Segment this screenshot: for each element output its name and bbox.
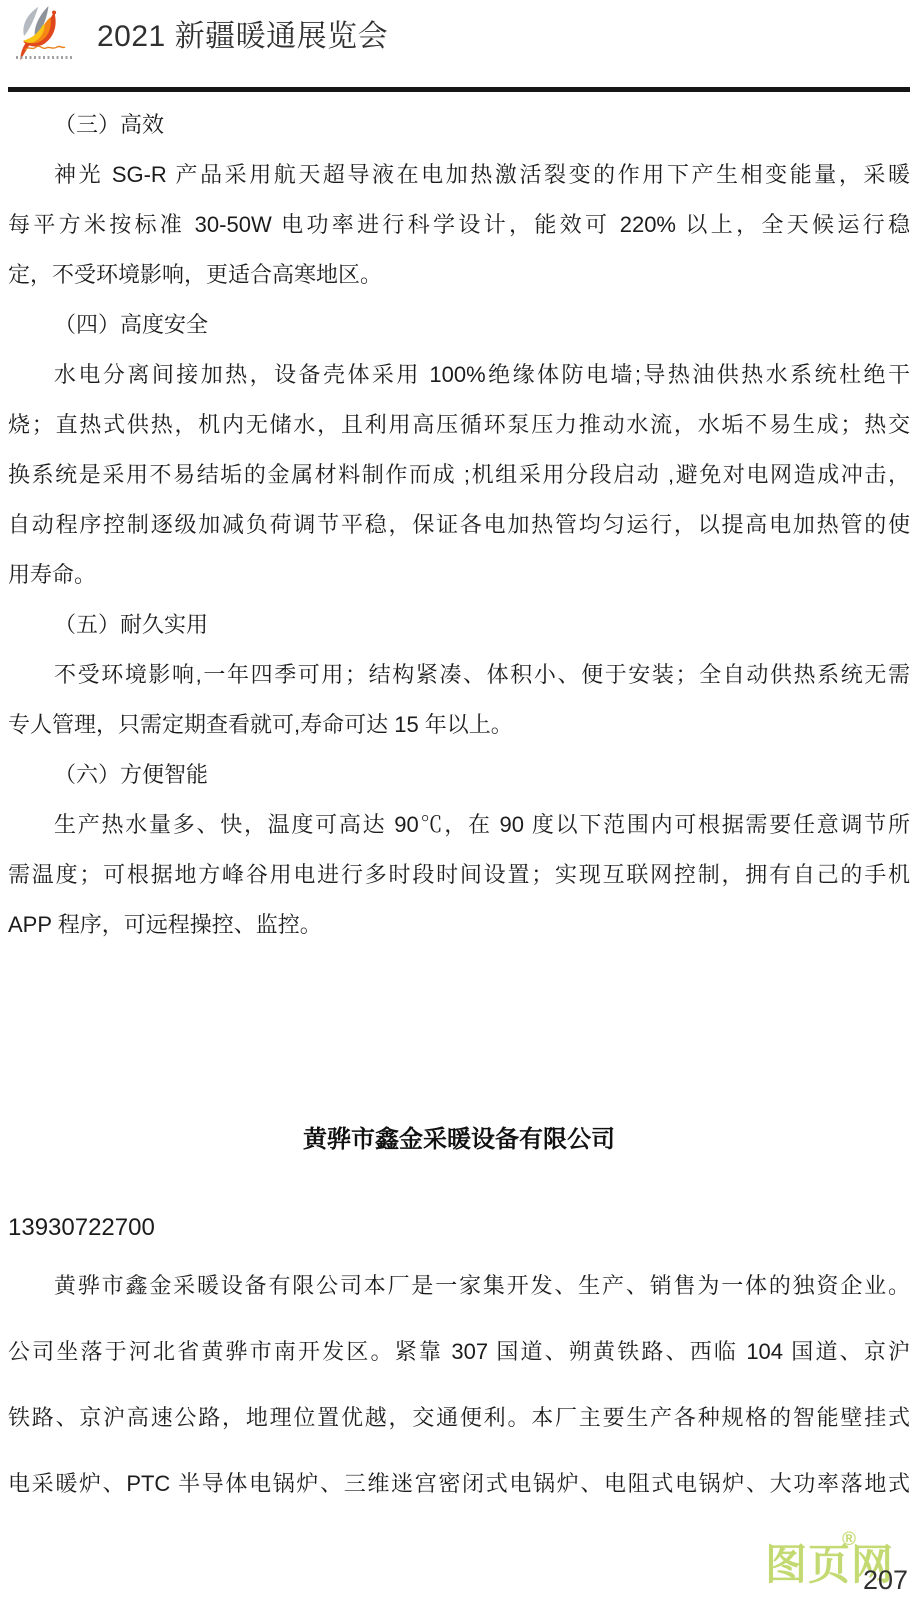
section-heading: （三）高效: [8, 100, 910, 150]
paragraph-line: 水电分离间接加热，设备壳体采用 100%绝缘体防电墙;导热油供热水系统杜绝干: [8, 350, 910, 400]
registered-trademark-icon: ®: [842, 1530, 856, 1549]
paragraph-line: APP 程序，可远程操控、监控。: [8, 900, 910, 950]
paragraph-line: 需温度；可根据地方峰谷用电进行多时段时间设置；实现互联网控制，拥有自己的手机: [8, 850, 910, 900]
paragraph-line: 每平方米按标准 30-50W 电功率进行科学设计，能效可 220% 以上，全天候…: [8, 200, 910, 250]
company-phone: 13930722700: [8, 1203, 910, 1253]
paragraph-line: 神光 SG-R 产品采用航天超导液在电加热激活裂变的作用下产生相变能量，采暖: [8, 150, 910, 200]
logo-script-decoration: [24, 44, 66, 52]
paragraph-line: 自动程序控制逐级加减负荷调节平稳，保证各电加热管均匀运行，以提高电加热管的使: [8, 500, 910, 550]
company-name-heading: 黄骅市鑫金采暖设备有限公司: [8, 1115, 910, 1165]
section-heading: （四）高度安全: [8, 300, 910, 350]
paragraph-line: 黄骅市鑫金采暖设备有限公司本厂是一家集开发、生产、销售为一体的独资企业。: [8, 1253, 910, 1319]
paragraph-line: 不受环境影响,一年四季可用；结构紧凑、体积小、便于安装；全自动供热系统无需: [8, 650, 910, 700]
paragraph-line: 铁路、京沪高速公路，地理位置优越，交通便利。本厂主要生产各种规格的智能壁挂式: [8, 1385, 910, 1451]
section-heading: （六）方便智能: [8, 750, 910, 800]
paragraph-line: 定，不受环境影响，更适合高寒地区。: [8, 250, 910, 300]
paragraph-line: 电采暖炉、PTC 半导体电锅炉、三维迷宫密闭式电锅炉、电阻式电锅炉、大功率落地式: [8, 1451, 910, 1517]
paragraph-line: 烧；直热式供热，机内无储水，且利用高压循环泵压力推动水流，水垢不易生成；热交: [8, 400, 910, 450]
document-body: （三）高效神光 SG-R 产品采用航天超导液在电加热激活裂变的作用下产生相变能量…: [8, 100, 910, 1517]
paragraph-line: 专人管理，只需定期查看就可,寿命可达 15 年以上。: [8, 700, 910, 750]
page-title: 2021 新疆暖通展览会: [97, 11, 388, 55]
exhibition-logo: [10, 4, 70, 66]
header-divider: [8, 87, 910, 92]
paragraph-line: 生产热水量多、快，温度可高达 90℃，在 90 度以下范围内可根据需要任意调节所: [8, 800, 910, 850]
page-header: 2021 新疆暖通展览会: [0, 0, 918, 96]
company-description: 黄骅市鑫金采暖设备有限公司本厂是一家集开发、生产、销售为一体的独资企业。公司坐落…: [8, 1253, 910, 1517]
page-number: 207: [863, 1565, 908, 1596]
logo-smallprint-decoration: [16, 56, 74, 59]
paragraph-line: 换系统是采用不易结垢的金属材料制作而成 ;机组采用分段启动 ,避免对电网造成冲击…: [8, 450, 910, 500]
document-page: 2021 新疆暖通展览会 （三）高效神光 SG-R 产品采用航天超导液在电加热激…: [0, 0, 918, 1600]
section-heading: （五）耐久实用: [8, 600, 910, 650]
paragraph-line: 公司坐落于河北省黄骅市南开发区。紧靠 307 国道、朔黄铁路、西临 104 国道…: [8, 1319, 910, 1385]
feature-sections: （三）高效神光 SG-R 产品采用航天超导液在电加热激活裂变的作用下产生相变能量…: [8, 100, 910, 950]
paragraph-line: 用寿命。: [8, 550, 910, 600]
